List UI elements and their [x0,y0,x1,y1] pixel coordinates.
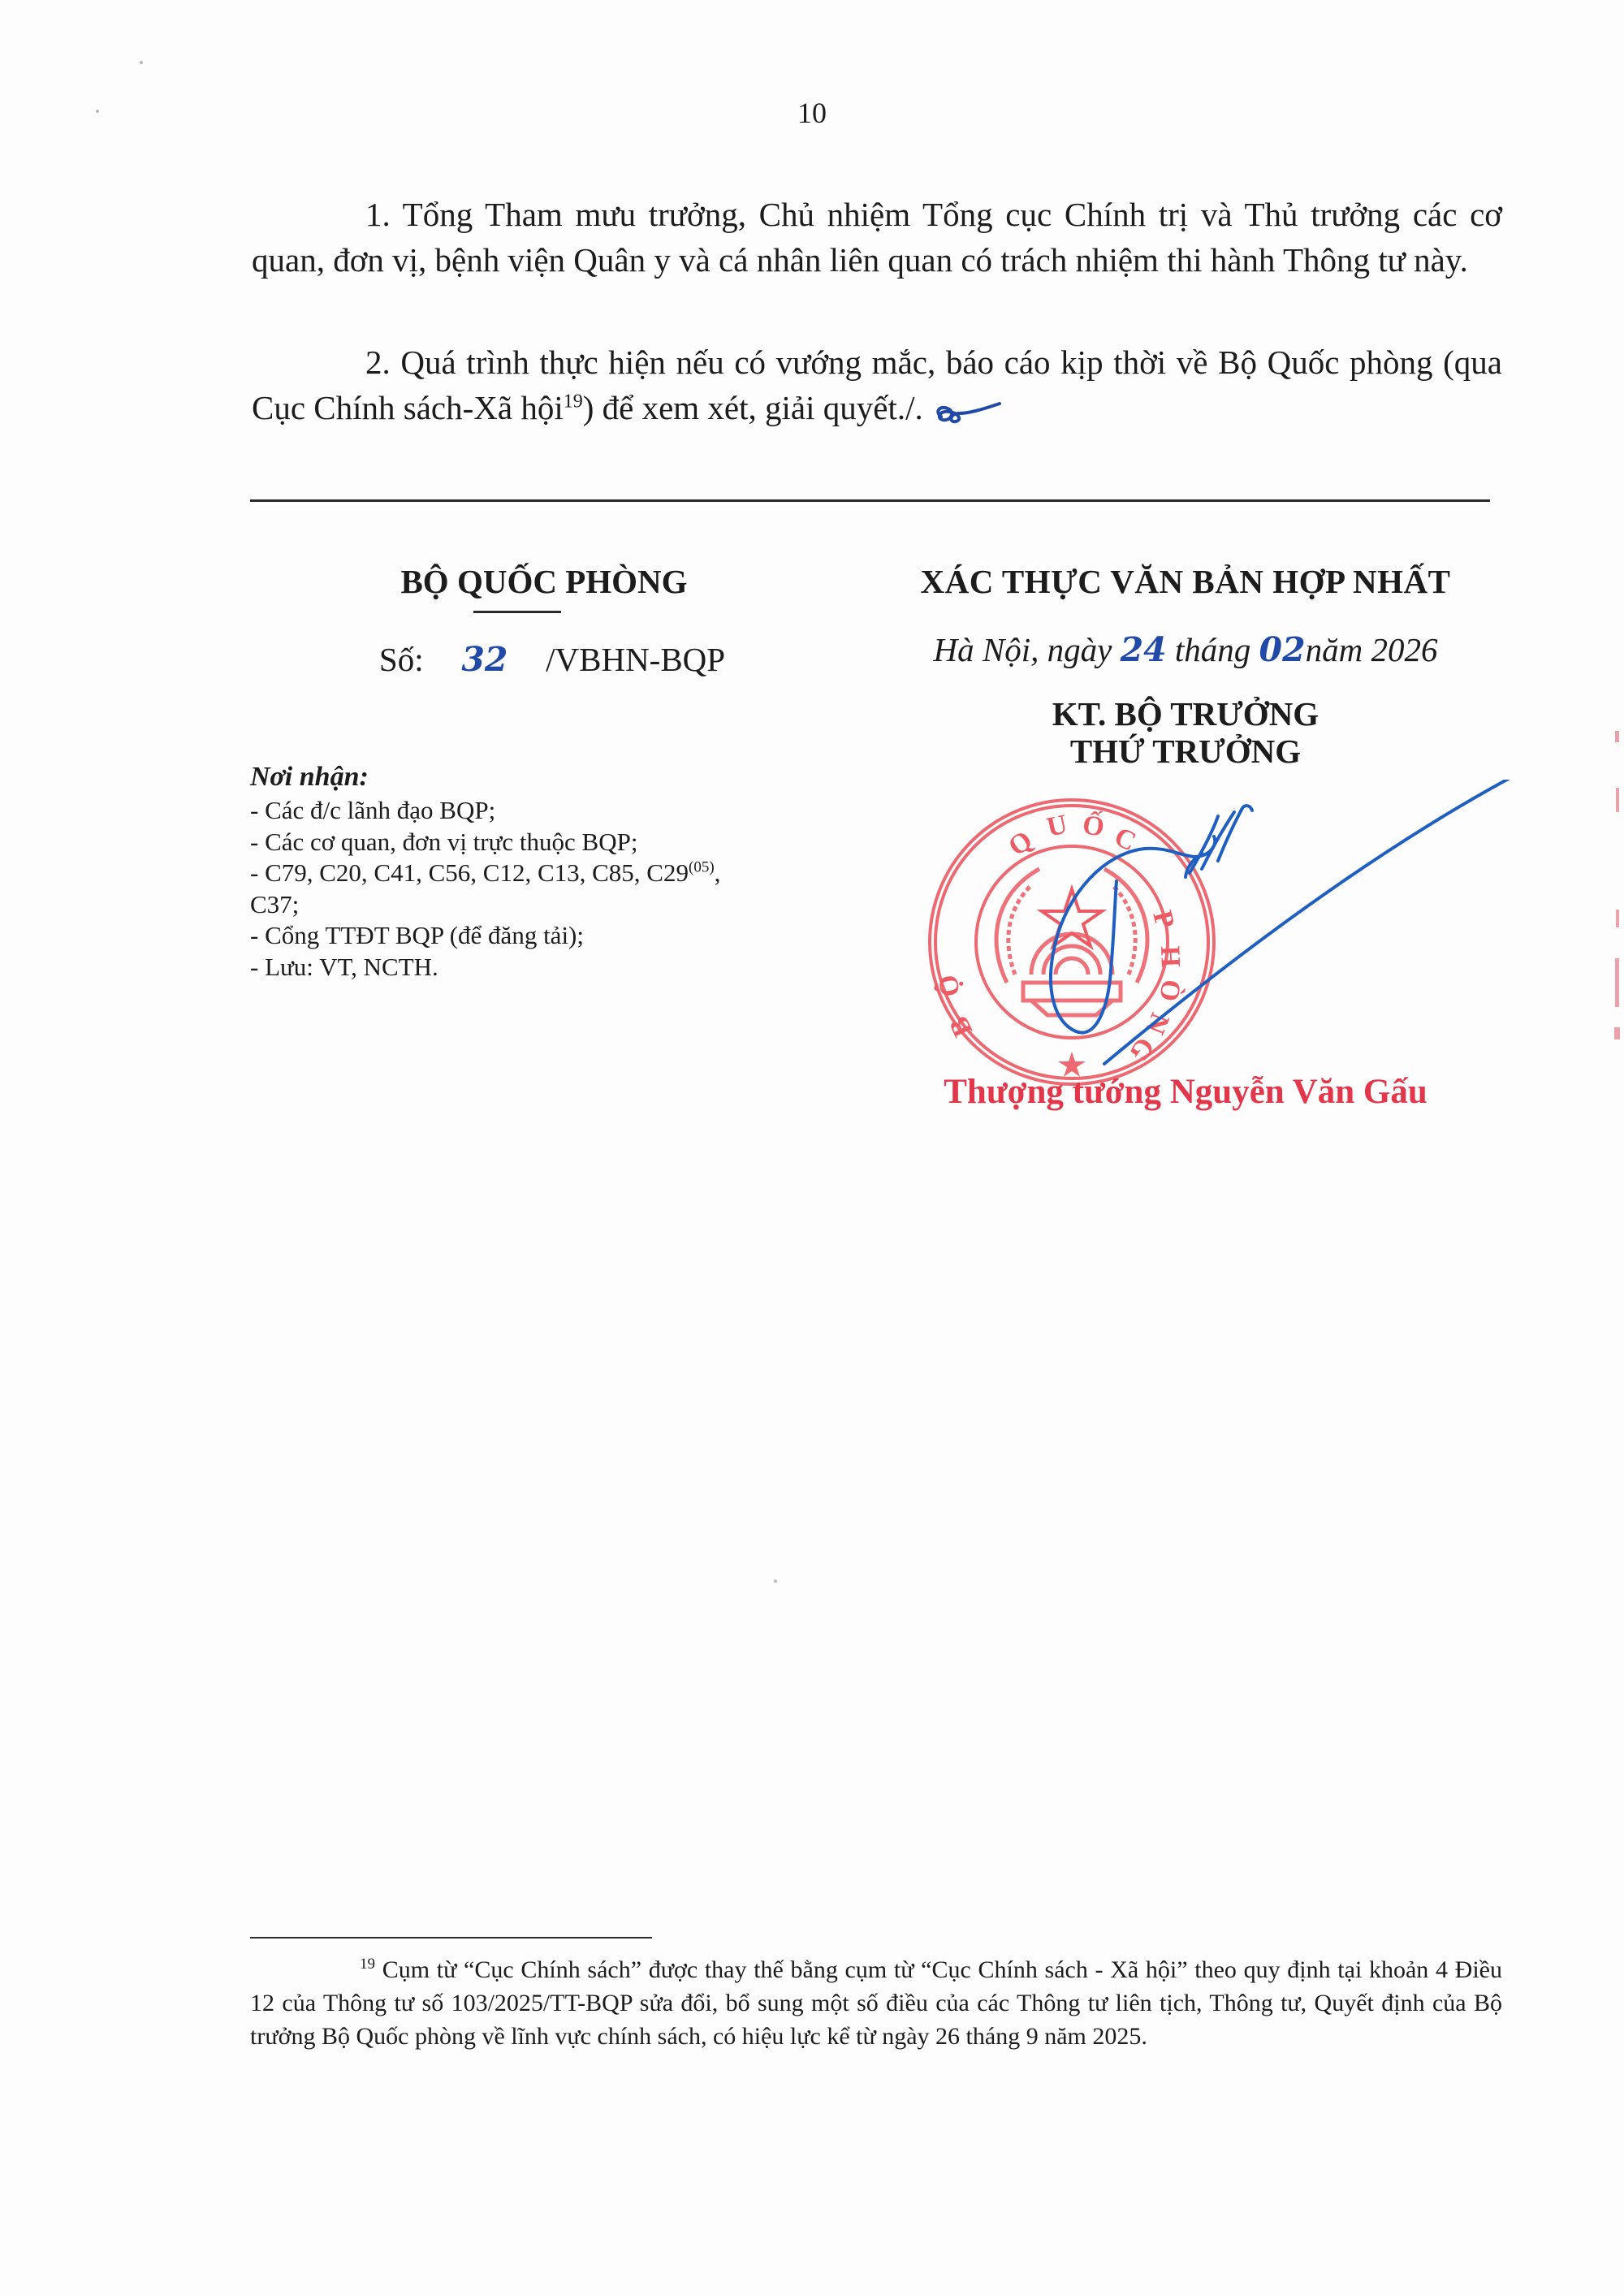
recipient-item: - Cổng TTĐT BQP (để đăng tải); [250,920,867,952]
recipient-item: - Các đ/c lãnh đạo BQP; [250,795,867,827]
recipients-heading: Nơi nhận: [250,759,867,795]
month-label: tháng [1175,631,1250,668]
recipient-item: - C79, C20, C41, C56, C12, C13, C85, C29… [250,858,867,889]
authentication-title: XÁC THỰC VĂN BẢN HỢP NHẤT [861,562,1510,601]
position-line-2: THỨ TRƯỞNG [861,733,1510,770]
handwritten-number: 32 [432,640,538,679]
body-paragraph-2: 2. Quá trình thực hiện nếu có vướng mắc,… [252,339,1502,430]
recipient-item: C37; [250,889,867,921]
scan-speck [140,61,143,64]
page-number: 10 [0,96,1624,130]
paragraph-2-closing: ) để xem xét, giải quyết./. [583,389,923,426]
signatory-position: KT. BỘ TRƯỞNG THỨ TRƯỞNG [861,695,1510,770]
recipient-item: - Lưu: VT, NCTH. [250,952,867,983]
body-paragraph-1: 1. Tổng Tham mưu trưởng, Chủ nhiệm Tổng … [252,192,1502,283]
organization-underline [473,611,561,613]
recipients-list: Nơi nhận: - Các đ/c lãnh đạo BQP; - Các … [250,759,867,983]
footnote: 19 Cụm từ “Cục Chính sách” được thay thế… [250,1953,1502,2053]
date-prefix: Hà Nội, ngày [934,631,1112,668]
footnote-divider [250,1937,652,1938]
footnote-text: Cụm từ “Cục Chính sách” được thay thế bằ… [250,1956,1502,2050]
document-number: Số: 32 /VBHN-BQP [325,640,780,679]
recipient-item-tail: , [715,858,721,887]
recipient-item: - Các cơ quan, đơn vị trực thuộc BQP; [250,827,867,858]
year-text: năm 2026 [1306,631,1438,668]
footnote-reference[interactable]: 19 [564,391,583,412]
paragraph-1-text: 1. Tổng Tham mưu trưởng, Chủ nhiệm Tổng … [252,196,1502,279]
handwritten-day: 24 [1121,630,1167,669]
recipient-count: (05) [689,859,715,876]
date-line: Hà Nội, ngày 24 tháng 02năm 2026 [861,630,1510,669]
footnote-number: 19 [360,1956,375,1973]
initials-mark-icon [931,395,1004,428]
scan-speck [96,110,99,113]
issuing-organization: BỘ QUỐC PHÒNG [309,562,780,601]
handwritten-month: 02 [1259,630,1306,669]
recipient-item-text: - C79, C20, C41, C56, C12, C13, C85, C29 [250,858,689,887]
scan-speck [774,1580,777,1583]
position-line-1: KT. BỘ TRƯỞNG [861,695,1510,733]
number-label: Số: [379,641,424,678]
signature-icon [934,780,1518,1104]
section-divider [250,499,1490,502]
page-edge-marks [1612,715,1622,1039]
number-suffix: /VBHN-BQP [546,641,725,678]
signer-name: Thượng tướng Nguyễn Văn Gấu [861,1072,1510,1112]
